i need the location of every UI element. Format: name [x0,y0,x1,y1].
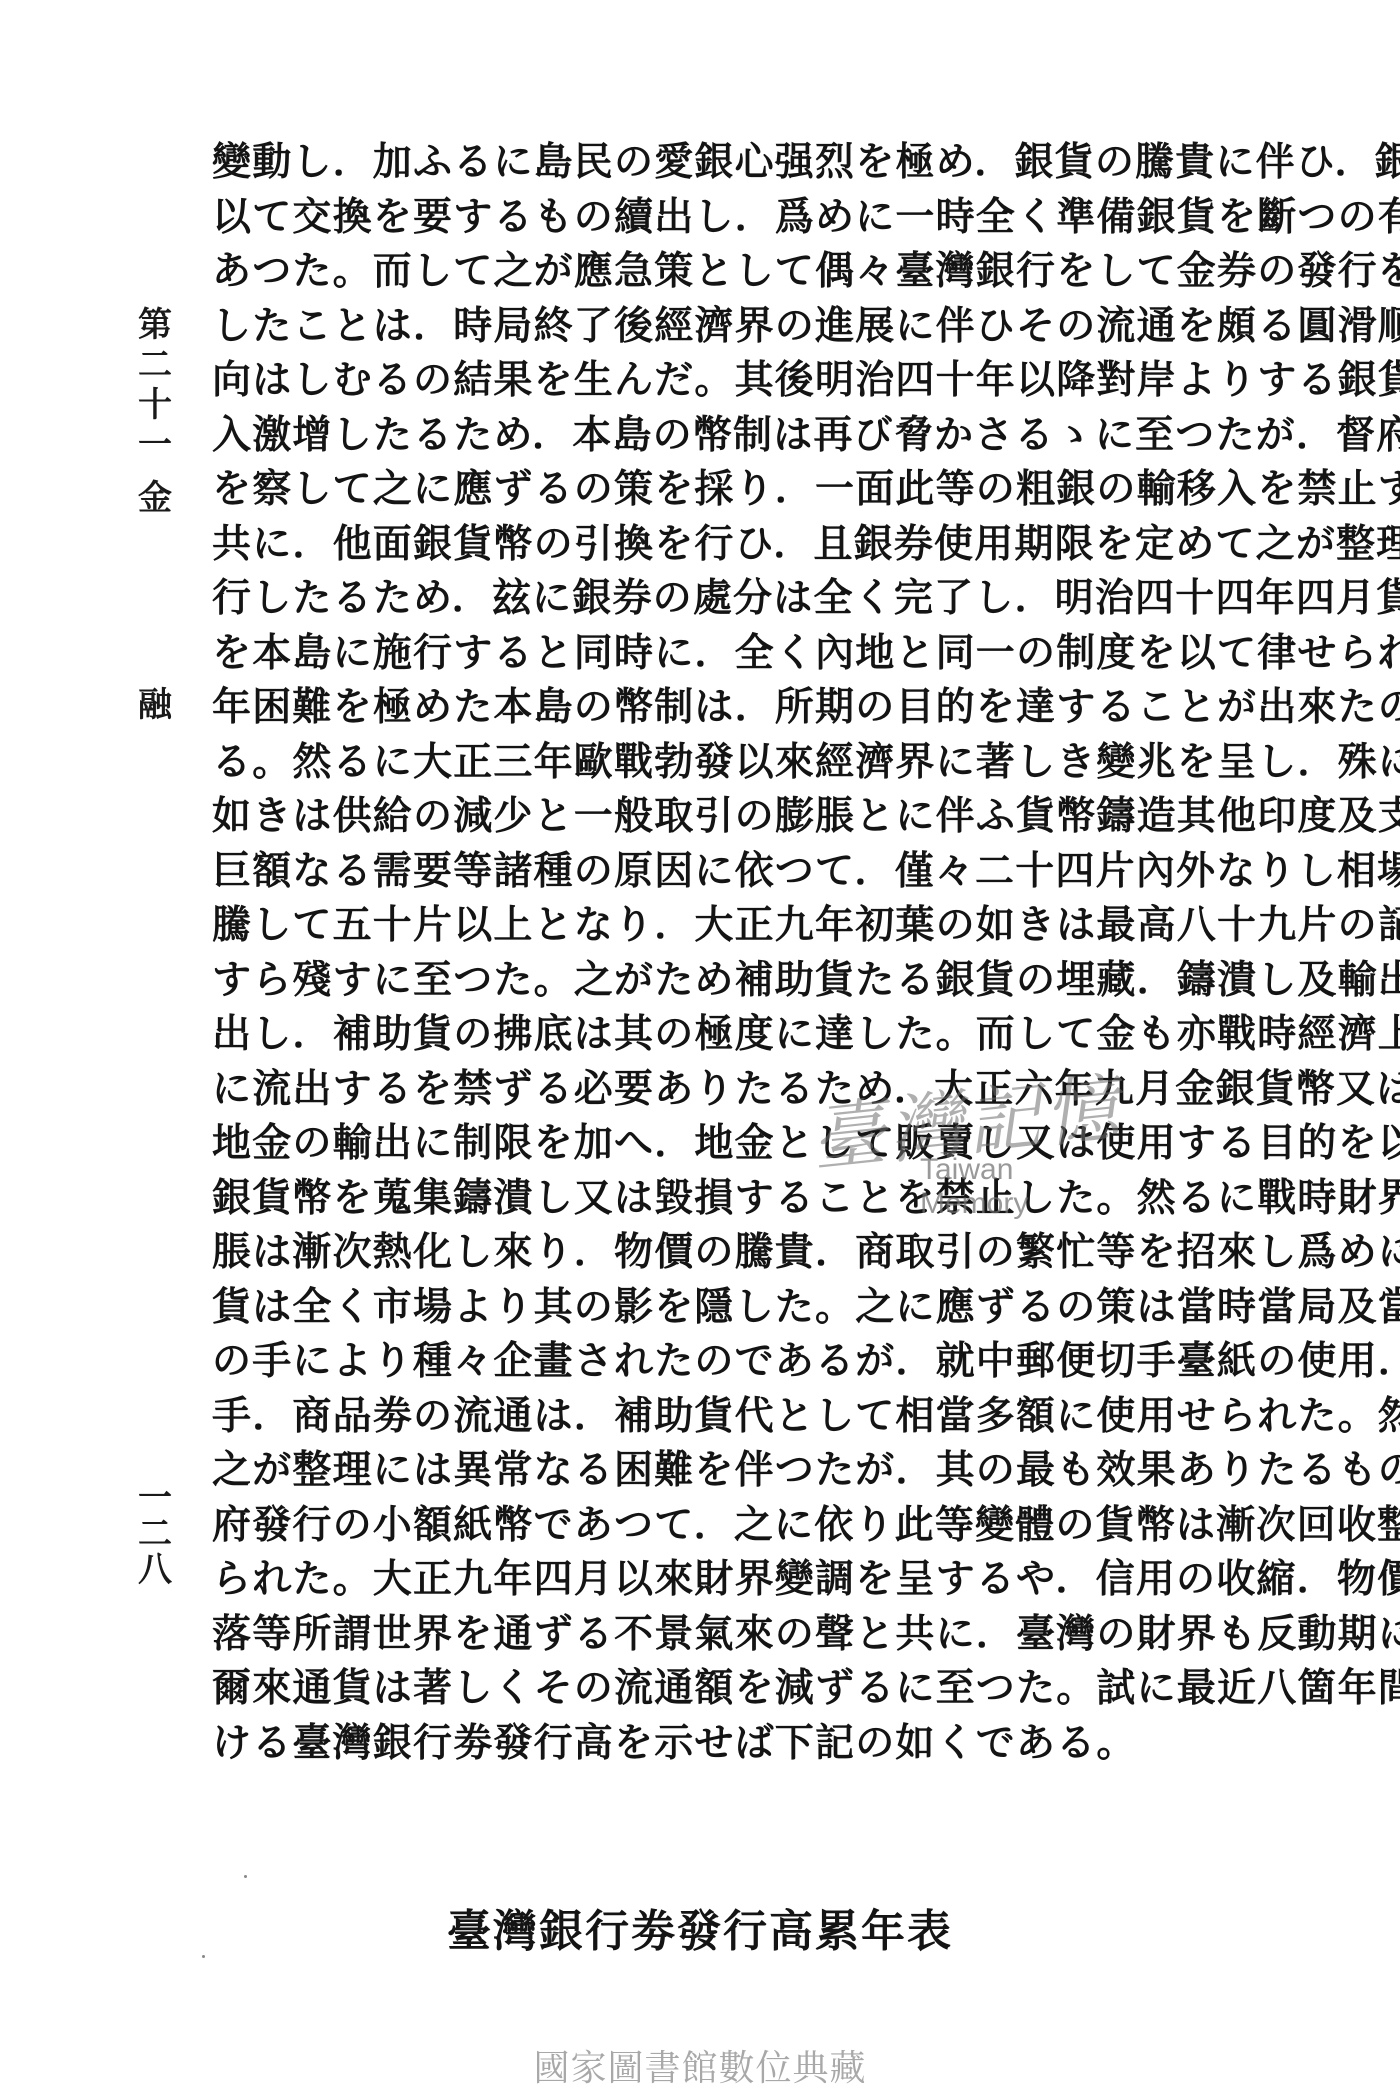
table-title: 臺灣銀行劵發行高累年表 [0,1895,1400,1959]
section-label-yu: 融 [135,685,175,725]
text-line: られた。大正九年四月以來財界變調を呈するや．信用の收縮．物價の下 [212,1552,1292,1607]
section-label-kin: 金 [135,478,175,518]
text-line: 如きは供給の減少と一般取引の膨脹とに伴ふ貨幣鑄造其他印度及支那の [212,789,1292,844]
chapter-char: 二 [135,345,175,385]
chapter-char: 一 [135,425,175,465]
body-text: 變動し．加ふるに島民の愛銀心强烈を極め．銀貨の騰貴に伴ひ．銀券を 以て交換を要す… [212,135,1292,1770]
text-line: 向はしむるの結果を生んだ。其後明治四十年以降對岸よりする銀貨の輸 [212,353,1292,408]
text-line: 之が整理には異常なる困難を伴つたが．其の最も效果ありたるものは政 [212,1443,1292,1498]
text-line: 變動し．加ふるに島民の愛銀心强烈を極め．銀貨の騰貴に伴ひ．銀券を [212,135,1292,190]
text-line: 入激增したるため．本島の幣制は再び脅かさるゝに至つたが．督府は機 [212,408,1292,463]
chapter-char: 第 [135,305,175,345]
text-line: 騰して五十片以上となり．大正九年初葉の如きは最高八十九片の記錄を [212,898,1292,953]
chapter-label: 第 二 十 一 [135,305,175,465]
text-line: 爾來通貨は著しくその流通額を減ずるに至つた。試に最近八箇年間に於 [212,1661,1292,1716]
chapter-char: 十 [135,385,175,425]
text-line: 銀貨幣を蒐集鑄潰し又は毀損することを禁止した。然るに戰時財界の膨 [212,1171,1292,1226]
text-line: 地金の輸出に制限を加へ．地金として販賣し又は使用する目的を以て金 [212,1116,1292,1171]
page-number-char: 一 [135,1478,175,1514]
text-line: に流出するを禁ずる必要ありたるため．大正六年九月金銀貨幣又は金銀 [212,1062,1292,1117]
text-line: の手により種々企畫されたのであるが．就中郵便切手臺紙の使用．小切 [212,1334,1292,1389]
library-watermark: 國家圖書館數位典藏 [0,2040,1400,2091]
page-number-char: 二 [135,1514,175,1550]
text-line: 巨額なる需要等諸種の原因に依つて．僅々二十四片內外なりし相場は奔 [212,844,1292,899]
text-line: 脹は漸次熱化し來り．物價の騰貴．商取引の繁忙等を招來し爲めに補助 [212,1225,1292,1280]
text-line: 共に．他面銀貨幣の引換を行ひ．且銀券使用期限を定めて之が整理を斷 [212,517,1292,572]
text-line: ける臺灣銀行劵發行高を示せば下記の如くである。 [212,1716,1292,1771]
text-line: したことは．時局終了後經濟界の進展に伴ひその流通を頗る圓滑順調に [212,299,1292,354]
page-number: 一 二 八 [135,1478,175,1586]
text-line: 手．商品劵の流通は．補助貨代として相當多額に使用せられた。然るに [212,1389,1292,1444]
text-line: 年困難を極めた本島の幣制は．所期の目的を達することが出來たのであ [212,680,1292,735]
text-line: すら殘すに至つた。之がため補助貨たる銀貨の埋藏．鑄潰し及輸出等頻 [212,953,1292,1008]
text-line: 以て交換を要するもの續出し．爲めに一時全く準備銀貨を斷つの有樣で [212,190,1292,245]
text-line: あつた。而して之が應急策として偶々臺灣銀行をして金券の發行を許可 [212,244,1292,299]
scanned-page: 第 二 十 一 金 融 一 二 八 變動し．加ふるに島民の愛銀心强烈を極め．銀貨… [0,0,1400,2100]
text-line: を本島に施行すると同時に．全く內地と同一の制度を以て律せられ．多 [212,626,1292,681]
text-line: 府發行の小額紙幣であつて．之に依り此等變體の貨幣は漸次回收整理せ [212,1498,1292,1553]
text-line: 出し．補助貨の拂底は其の極度に達した。而して金も亦戰時經濟上外國 [212,1007,1292,1062]
text-line: 行したるため．玆に銀券の處分は全く完了し．明治四十四年四月貨幣法 [212,571,1292,626]
text-line: 貨は全く市場より其の影を隱した。之に應ずるの策は當時當局及當業者 [212,1280,1292,1335]
scan-speck [202,1955,205,1958]
text-line: を察して之に應ずるの策を採り．一面此等の粗銀の輸移入を禁止すると [212,462,1292,517]
page-number-char: 八 [135,1550,175,1586]
text-line: 落等所謂世界を通ずる不景氣來の聲と共に．臺灣の財界も反動期に入り [212,1607,1292,1662]
scan-speck [244,1875,247,1878]
text-line: る。然るに大正三年歐戰勃發以來經濟界に著しき變兆を呈し．殊に銀の [212,735,1292,790]
